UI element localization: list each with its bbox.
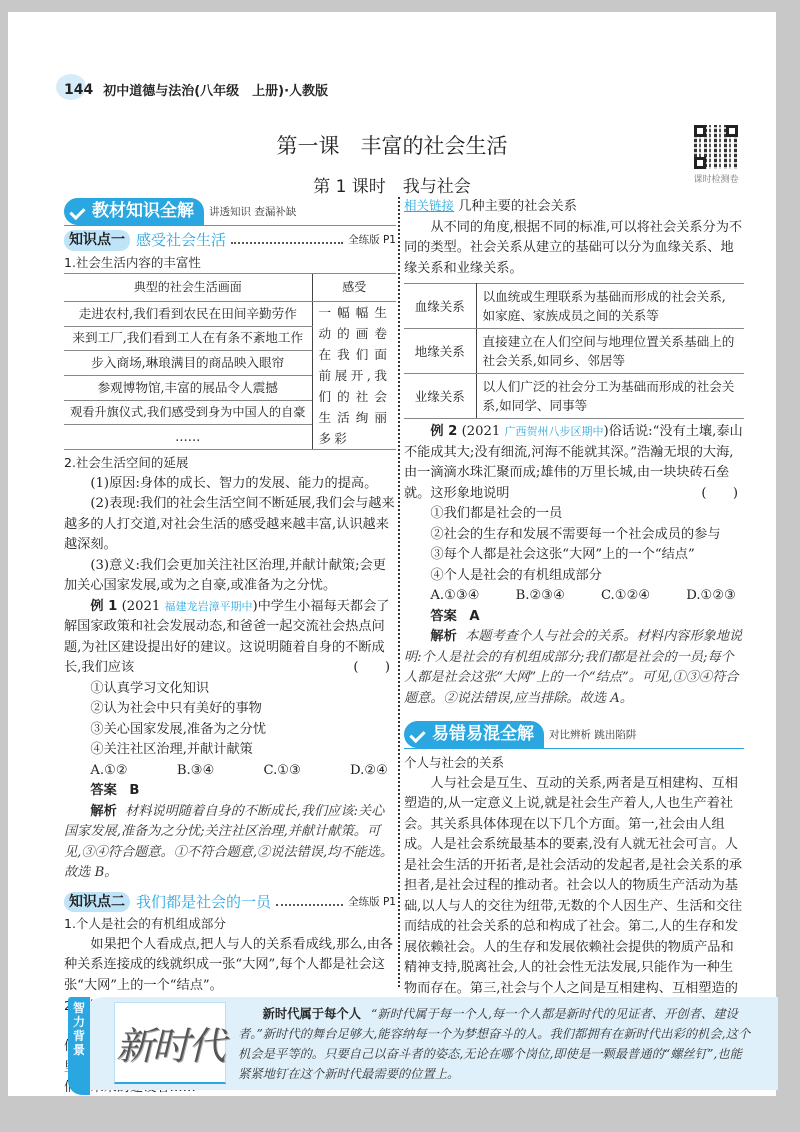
qr-label: 课时检测卷 <box>688 172 744 185</box>
option-d: D.②④ <box>350 761 388 782</box>
qr-code-icon[interactable] <box>694 125 738 169</box>
background-text: 新时代属于每个人“新时代属于每一个人,每一个人都是新时代的见证者、开创者、建设者… <box>238 1004 754 1084</box>
relation-desc: 以人们广泛的社会分工为基础而形成的社会关系,如同学、同事等 <box>476 374 744 419</box>
related-link-heading: 相关链接 几种主要的社会关系 <box>404 196 744 218</box>
analysis: 解析 本题考查个人与社会的关系。材料内容形象地说明:个人是社会的有机组成部分;我… <box>404 627 744 709</box>
relation-type: 血缘关系 <box>404 284 476 329</box>
subheading: 1.社会生活内容的丰富性 <box>64 253 396 274</box>
page-number: 144 <box>64 82 93 98</box>
table-cell: …… <box>64 425 312 450</box>
example-1-stem: 例 1 (2021 福建龙岩漳平期中)中学生小福每天都会了解国家政策和社会发展动… <box>64 597 396 679</box>
example-2-stem: 例 2 (2021 广西贺州八步区期中)俗话说:“没有土壤,泰山不能成其大;没有… <box>404 422 744 504</box>
paragraph: 如果把个人看成点,把人与人的关系看成线,那么,由各种关系连接成的线就织成一张“大… <box>64 935 396 997</box>
option-b: B.②③④ <box>516 586 565 607</box>
related-title: 几种主要的社会关系 <box>458 199 577 214</box>
example-source: 福建龙岩漳平期中 <box>164 600 252 613</box>
knowledge-point-2-heading: 知识点二 我们都是社会的一员 全练版 P1 <box>64 892 396 913</box>
options-row: A.①③④ B.②③④ C.①②④ D.①②③ <box>404 586 744 607</box>
choice-item: ③关心国家发展,准备为之分忧 <box>64 720 396 741</box>
answer-line: 答案 A <box>404 607 744 628</box>
section-banner-textbook: 教材知识全解 讲透知识 查漏补缺 <box>64 196 396 226</box>
table-cell: 步入商场,琳琅满目的商品映入眼帘 <box>64 351 312 376</box>
choice-item: ①我们都是社会的一员 <box>404 504 744 525</box>
answer-value: B <box>129 783 139 798</box>
paragraph: (1)原因:身体的成长、智力的发展、能力的提高。 <box>64 474 396 495</box>
choice-item: ④个人是社会的有机组成部分 <box>404 566 744 587</box>
social-relations-table: 血缘关系 以血统或生理联系为基础而形成的社会关系,如家庭、家族成员之间的关系等 … <box>404 283 744 419</box>
section-title: 教材知识全解 <box>92 201 194 222</box>
background-title: 新时代属于每个人 <box>263 1007 361 1021</box>
leader-dots <box>276 898 343 906</box>
option-d: D.①②③ <box>686 586 736 607</box>
choice-item: ③每个人都是社会这张“大网”上的一个“结点” <box>404 545 744 566</box>
related-link-tag[interactable]: 相关链接 <box>404 198 454 213</box>
paragraph: (3)意义:我们会更加关注社区治理,并献计献策;会更加关心国家发展,或为之自豪,… <box>64 556 396 597</box>
left-column: 教材知识全解 讲透知识 查漏补缺 知识点一 感受社会生活 全练版 P1 1.社会… <box>64 196 396 1099</box>
example-source: 广西贺州八步区期中 <box>504 425 603 438</box>
knowledge-point-1-heading: 知识点一 感受社会生活 全练版 P1 <box>64 230 396 251</box>
period-title: 第 1 课时 我与社会 <box>8 172 776 197</box>
option-a: A.①② <box>90 761 127 782</box>
choice-item: ②社会的生存和发展不需要每一个社会成员的参与 <box>404 525 744 546</box>
answer-line: 答案 B <box>64 781 396 802</box>
table-cell: 走进农村,我们看到农民在田间辛勤劳作 <box>64 302 312 327</box>
paragraph: 从不同的角度,根据不同的标准,可以将社会关系分为不同的类型。社会关系从建立的基础… <box>404 218 744 280</box>
lesson-title: 第一课 丰富的社会生活 <box>8 130 776 160</box>
kp-tag: 知识点一 <box>64 230 130 251</box>
leader-dots <box>231 236 343 244</box>
new-era-calligraphy-image: 新时代 <box>114 1002 226 1084</box>
answer-blank: ( ) <box>675 484 738 505</box>
answer-value: A <box>469 609 479 624</box>
choice-item: ④关注社区治理,并献计献策 <box>64 740 396 761</box>
relation-desc: 直接建立在人们空间与地理位置关系基础上的社会关系,如同乡、邻居等 <box>476 329 744 374</box>
social-life-table: 典型的社会生活画面 感受 走进农村,我们看到农民在田间辛勤劳作 一幅幅生动的画卷… <box>64 273 396 450</box>
relation-type: 地缘关系 <box>404 329 476 374</box>
option-c: C.①③ <box>263 761 300 782</box>
section-subtitle: 对比辨析 跳出陷阱 <box>549 725 636 746</box>
background-tab: 智力背景 <box>68 997 90 1095</box>
table-header: 感受 <box>312 274 396 302</box>
book-title: 初中道德与法治(八年级 上册)·人教版 <box>103 80 328 99</box>
kp-tag: 知识点二 <box>64 892 130 913</box>
choice-item: ①认真学习文化知识 <box>64 679 396 700</box>
check-icon <box>410 726 428 744</box>
kp-title: 我们都是社会的一员 <box>136 892 271 913</box>
relation-desc: 以血统或生理联系为基础而形成的社会关系,如家庭、家族成员之间的关系等 <box>476 284 744 329</box>
column-divider <box>398 197 400 987</box>
subheading: 个人与社会的关系 <box>404 753 744 774</box>
check-icon <box>70 203 88 221</box>
analysis: 解析 材料说明随着自身的不断成长,我们应该:关心国家发展,准备为之分忧;关注社区… <box>64 802 396 884</box>
kp-title: 感受社会生活 <box>136 230 226 251</box>
right-column: 相关链接 几种主要的社会关系 从不同的角度,根据不同的标准,可以将社会关系分为不… <box>404 196 744 1081</box>
section-title: 易错易混全解 <box>432 724 534 745</box>
subheading: 1.个人是社会的有机组成部分 <box>64 914 396 935</box>
section-banner-mistakes: 易错易混全解 对比辨析 跳出陷阱 <box>404 719 744 749</box>
document-page: 144 初中道德与法治(八年级 上册)·人教版 第一课 丰富的社会生活 第 1 … <box>8 12 776 1096</box>
relation-type: 业缘关系 <box>404 374 476 419</box>
table-cell: 观看升旗仪式,我们感受到身为中国人的自豪 <box>64 400 312 425</box>
option-a: A.①③④ <box>430 586 479 607</box>
choice-item: ②认为社会中只有美好的事物 <box>64 699 396 720</box>
running-header: 144 初中道德与法治(八年级 上册)·人教版 <box>64 80 328 99</box>
kp-page-ref: 全练版 P1 <box>348 230 396 251</box>
section-subtitle: 讲透知识 查漏补缺 <box>209 202 296 223</box>
table-cell: 来到工厂,我们看到工人在有条不紊地工作 <box>64 326 312 351</box>
subheading: 2.社会生活空间的延展 <box>64 453 396 474</box>
options-row: A.①② B.③④ C.①③ D.②④ <box>64 761 396 782</box>
feeling-cell: 一幅幅生动的画卷在我们面前展开,我们的社会生活绚丽多彩 <box>312 302 396 450</box>
option-c: C.①②④ <box>601 586 650 607</box>
table-cell: 参观博物馆,丰富的展品令人震撼 <box>64 375 312 400</box>
answer-blank: ( ) <box>327 658 390 679</box>
kp-page-ref: 全练版 P1 <box>348 892 396 913</box>
table-header: 典型的社会生活画面 <box>64 274 312 302</box>
paragraph: (2)表现:我们的社会生活空间不断延展,我们会与越来越多的人打交道,对社会生活的… <box>64 494 396 556</box>
option-b: B.③④ <box>177 761 215 782</box>
